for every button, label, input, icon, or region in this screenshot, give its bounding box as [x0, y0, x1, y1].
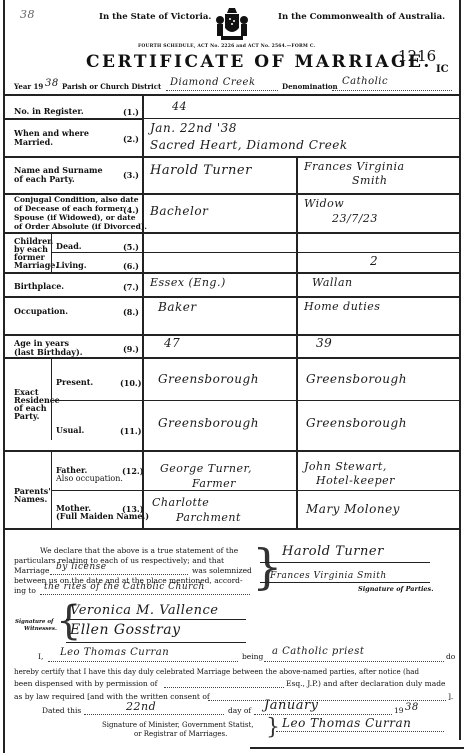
declaration-solemnized: was solemnized — [192, 566, 252, 575]
parish-underline — [166, 90, 278, 91]
occupation-label: Occupation. — [14, 307, 68, 316]
minister-role: a Catholic priest — [272, 646, 364, 657]
living-label: Living. — [56, 261, 87, 270]
bride-birthplace: Wallan — [312, 276, 353, 289]
sub-divider — [51, 358, 52, 440]
bride-father-name: John Stewart, — [304, 460, 387, 473]
parish-label: Parish or Church District — [62, 82, 161, 91]
bottom-line — [250, 747, 464, 749]
groom-conjugal: Bachelor — [150, 204, 208, 218]
groom-signature: Harold Turner — [282, 544, 384, 559]
birthplace-label: Birthplace. — [14, 282, 64, 291]
cert-line-3a: been dispensed with by permission of — [14, 679, 157, 688]
commonwealth-heading: In the Commonwealth of Australia. — [278, 12, 445, 22]
conjugal-label-4: of Order Absolute (if Divorced). — [14, 223, 147, 232]
row-divider — [4, 272, 460, 274]
row-divider — [4, 296, 460, 298]
marriage-date: Jan. 22nd '38 — [150, 121, 237, 135]
living-num: (6.) — [123, 261, 139, 271]
bride-name-1: Frances Virginia — [304, 160, 405, 173]
table-bottom-border — [4, 528, 460, 530]
certificate-suffix: IC — [436, 64, 449, 75]
sig-minister-label-1: Signature of Minister, Government Statis… — [102, 721, 254, 729]
groom-birthplace: Essex (Eng.) — [150, 276, 226, 289]
dated-day: 22nd — [126, 700, 156, 713]
page-border-right — [459, 0, 461, 740]
declaration-line-2: particulars relating to each of us respe… — [14, 556, 224, 565]
year-value: 38 — [45, 78, 59, 89]
row-divider — [4, 357, 460, 359]
dead-label: Dead. — [56, 242, 82, 251]
row-divider — [4, 156, 460, 158]
groom-present-residence: Greensborough — [158, 372, 259, 386]
occupation-num: (8.) — [123, 307, 139, 317]
row-divider — [52, 252, 460, 253]
margin-note: 38 — [20, 8, 35, 21]
row-divider — [4, 334, 460, 336]
denomination-label: Denomination — [282, 82, 338, 91]
bride-signature: Frances Virginia Smith — [270, 571, 387, 581]
register-label: No. in Register. — [14, 107, 84, 116]
groom-occupation: Baker — [158, 300, 197, 314]
witness-line — [66, 642, 246, 643]
row-divider — [4, 450, 460, 452]
witness-2-signature: Ellen Gosstray — [70, 622, 180, 638]
age-label-2: (last Birthday). — [14, 348, 83, 357]
brace: } — [252, 542, 283, 592]
minister-signature: Leo Thomas Curran — [282, 716, 411, 730]
row-divider — [52, 490, 460, 491]
birthplace-num: (7.) — [123, 282, 139, 292]
groom-mother-1: Charlotte — [152, 496, 209, 509]
age-num: (9.) — [123, 344, 139, 354]
groom-usual-residence: Greensborough — [158, 416, 259, 430]
label-column-divider — [142, 95, 144, 528]
signature-line — [260, 562, 430, 563]
register-num: (1.) — [123, 107, 139, 117]
certificate-number: 1216 — [398, 47, 436, 65]
consent-underline — [208, 700, 446, 701]
usual-num: (11.) — [120, 426, 142, 436]
permission-underline — [164, 687, 284, 688]
groom-father-name: George Turner, — [160, 462, 252, 475]
conjugal-num: (4.) — [123, 205, 139, 215]
witness-line — [66, 619, 246, 620]
bride-children-living: 2 — [370, 254, 378, 268]
dated-month: January — [264, 698, 319, 713]
bride-age: 39 — [316, 336, 332, 350]
signature-of-parties-label: Signature of Parties. — [358, 585, 433, 593]
denomination-value: Catholic — [342, 76, 388, 87]
dead-num: (5.) — [123, 242, 139, 252]
dated-year: 38 — [405, 702, 419, 713]
present-num: (10.) — [120, 378, 142, 388]
table-top-border — [4, 94, 460, 96]
present-label: Present. — [56, 378, 93, 387]
declaration-according-label: ing to — [14, 586, 36, 595]
groom-age: 47 — [164, 336, 180, 350]
minister-signature-underline — [276, 731, 444, 732]
marriage-place: Sacred Heart, Diamond Creek — [150, 138, 348, 152]
row-divider — [143, 118, 459, 119]
register-value: 44 — [172, 100, 187, 113]
marriage-certificate: 38 In the State of Victoria. In the Comm… — [0, 0, 464, 753]
bride-occupation: Home duties — [304, 300, 380, 313]
year-prefix: 19 — [394, 706, 404, 715]
bride-conjugal-2: 23/7/23 — [332, 212, 378, 225]
row-divider — [4, 118, 142, 120]
parents-label-2: Names. — [14, 495, 47, 504]
denomination-underline — [332, 90, 452, 91]
parish-value: Diamond Creek — [170, 77, 256, 88]
day-underline — [84, 714, 224, 715]
residence-label-4: Party. — [14, 412, 39, 421]
marriage-by-underline — [50, 574, 188, 575]
certificate-title: CERTIFICATE OF MARRIAGE. — [86, 52, 432, 72]
when-where-num: (2.) — [123, 134, 139, 144]
names-label-2: of each Party. — [14, 175, 75, 184]
marriage-by-value: by license — [56, 562, 107, 572]
cert-line-4: as by law required [and with the written… — [14, 692, 210, 701]
groom-father-occupation: Farmer — [192, 477, 236, 490]
father-label-2: Also occupation. — [56, 474, 123, 483]
sig-minister-label-2: or Registrar of Marriages. — [134, 730, 227, 738]
cert-being-label: being — [242, 652, 263, 661]
page-border-left — [3, 0, 5, 753]
rites-underline — [40, 594, 250, 595]
father-num: (12.) — [122, 466, 144, 476]
year-label: Year 19 — [14, 82, 43, 91]
cert-i-label: I, — [38, 652, 43, 661]
names-num: (3.) — [123, 170, 139, 180]
schedule-text: FOURTH SCHEDULE, ACT No. 2226 and ACT No… — [138, 44, 315, 49]
minister-name: Leo Thomas Curran — [60, 647, 169, 658]
bride-father-occupation: Hotel-keeper — [316, 474, 395, 487]
being-underline — [264, 661, 444, 662]
bride-present-residence: Greensborough — [306, 372, 407, 386]
party-column-divider — [296, 156, 298, 528]
bride-conjugal-1: Widow — [304, 197, 344, 210]
rites-value: the rites of the Catholic Church — [44, 582, 205, 592]
bride-usual-residence: Greensborough — [306, 416, 407, 430]
when-where-label-2: Married. — [14, 138, 53, 147]
cert-line-3b: Esq., J.P.) and after declaration duly m… — [286, 679, 445, 688]
witness-1-signature: Veronica M. Vallence — [70, 603, 219, 618]
cert-line-2: hereby certify that I have this day duly… — [14, 667, 419, 676]
bride-name-2: Smith — [352, 174, 388, 187]
coat-of-arms-icon — [215, 6, 249, 42]
bride-mother: Mary Moloney — [306, 502, 400, 516]
day-of-label: day of — [228, 706, 251, 715]
declaration-marriage-label: Marriage — [14, 566, 49, 575]
sig-brace: } — [266, 716, 280, 740]
mother-num: (13.) — [122, 504, 144, 514]
state-heading: In the State of Victoria. — [99, 12, 211, 22]
usual-label: Usual. — [56, 426, 84, 435]
dated-label: Dated this — [42, 706, 81, 715]
witnesses-label-1: Signature of — [15, 619, 53, 625]
declaration-line-1: We declare that the above is a true stat… — [40, 546, 238, 555]
cert-do-label: do — [446, 652, 455, 661]
row-divider — [52, 400, 460, 401]
witnesses-label-2: Witnesses. — [24, 626, 57, 632]
minister-name-underline — [48, 661, 238, 662]
signature-line — [260, 582, 430, 583]
row-divider — [4, 232, 460, 234]
cert-line-4-end: ]. — [448, 692, 453, 701]
groom-mother-2: Parchment — [176, 511, 241, 524]
groom-name: Harold Turner — [150, 163, 252, 178]
